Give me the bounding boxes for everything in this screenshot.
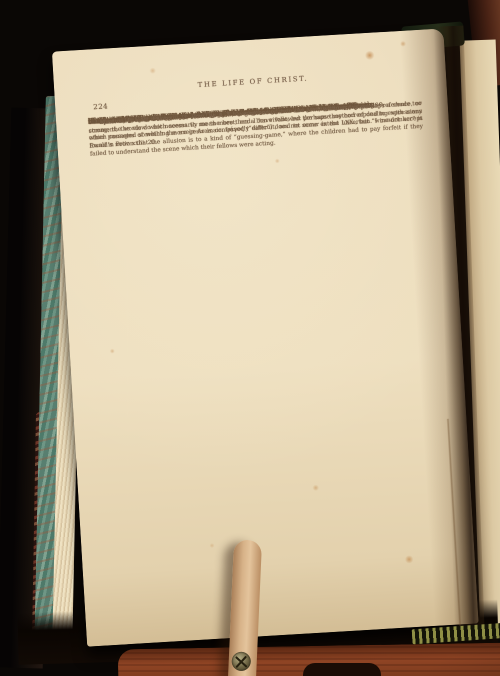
foxing-spot	[404, 555, 413, 564]
foxing-spot	[110, 348, 115, 353]
foxing-spot	[275, 158, 280, 163]
foxing-spot	[364, 51, 375, 61]
page-holder-stick	[228, 539, 262, 676]
shelf-notch	[303, 663, 381, 676]
book-page: THE LIFE OF CHRIST. 224 of the written a…	[52, 28, 479, 646]
foxing-spot	[149, 68, 156, 74]
printed-text-block: THE LIFE OF CHRIST. 224 of the written a…	[86, 68, 421, 121]
foxing-spot	[312, 485, 319, 491]
foxing-spot	[209, 543, 214, 548]
screw-icon	[231, 651, 251, 671]
photograph-of-open-book: THE LIFE OF CHRIST. 224 of the written a…	[0, 0, 500, 676]
